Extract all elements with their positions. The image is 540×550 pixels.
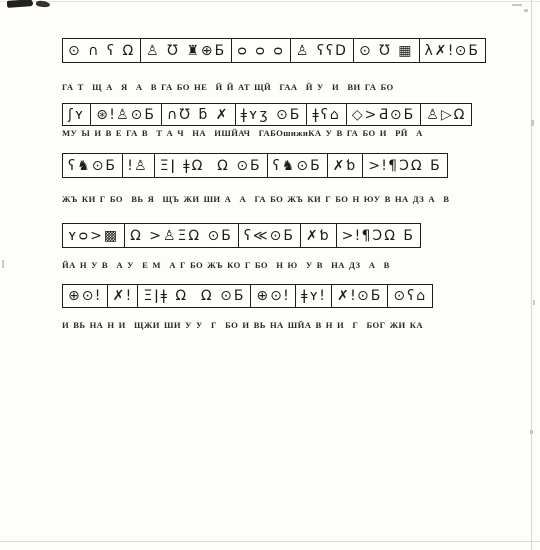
scan-speck	[524, 9, 528, 12]
glyph-cell: ⊙ ∩ ʕ Ω	[63, 39, 141, 62]
glyph-cell: ʏᴑ>▩	[63, 224, 125, 247]
scan-edge-bottom	[0, 541, 540, 542]
transliteration-line-3: ЖЪ КИ Г БО ВЬ Я ЩЪ ЖИ ШИ А А ГА БО ЖЪ КИ…	[62, 194, 492, 204]
glyph-cell: ʕ♞⊙Ƃ	[268, 154, 328, 177]
scan-speck	[533, 300, 535, 305]
glyph-cell: ♙▷Ω	[421, 104, 471, 125]
scan-speck	[531, 120, 534, 126]
glyph-cell: ✗ƅ	[328, 154, 364, 177]
glyph-row-2: ʃʏ ⊛ǃ♙⊙Ƃ ∩Ʊ ƃ ✗ ǂʏʒ ⊙Ƃ ǂʕ⌂ ◇>Ƌ⊙Ƃ ♙▷Ω	[62, 103, 472, 126]
scan-speck	[2, 260, 4, 268]
scan-speck	[530, 430, 533, 434]
glyph-cell: ◇>Ƌ⊙Ƃ	[347, 104, 421, 125]
glyph-cell: ♙ ʕʕD	[291, 39, 354, 62]
glyph-cell: ǂʏǃ	[296, 285, 332, 307]
glyph-cell: ᴑ ᴑ ᴑ	[232, 39, 291, 62]
glyph-cell: λ✗ǃ⊙Ƃ	[420, 39, 486, 62]
glyph-cell: ǂʕ⌂	[307, 104, 346, 125]
glyph-cell: >ǃ¶ƆΩ Ƃ	[337, 224, 420, 247]
glyph-row-5: ⊕⊙ǃ ✗ǃ Ξǀǂ Ω Ω ⊙Ƃ ⊕⊙ǃ ǂʏǃ ✗ǃ⊙Ƃ ⊙ʕ⌂	[62, 284, 433, 308]
scan-smudge	[7, 0, 33, 8]
glyph-cell: ⊙ Ʊ ▦	[354, 39, 420, 62]
transliteration-line-2: МУ Ы И В Е ГА В Т А Ч НА ИШЙАЧ ГАБОшижиК…	[62, 128, 492, 138]
glyph-cell: ✗ǃ	[108, 285, 139, 307]
glyph-cell: ♙ Ʊ ♜⊕Ƃ	[141, 39, 232, 62]
glyph-cell: ʕ♞⊙Ƃ	[63, 154, 123, 177]
scan-speck	[512, 4, 522, 6]
glyph-cell: Ξǀ ǂΩ Ω ⊙Ƃ	[155, 154, 268, 177]
glyph-cell: ⊕⊙ǃ	[63, 285, 108, 307]
glyph-cell: ʃʏ	[63, 104, 91, 125]
glyph-cell: >ǃ¶ƆΩ Ƃ	[363, 154, 446, 177]
transliteration-line-1: ГА Т Щ А Я А В ГА БО НЕ Й Й АТ ЩЙ ГАА Й …	[62, 82, 492, 92]
glyph-cell: Ξǀǂ Ω Ω ⊙Ƃ	[138, 285, 251, 307]
glyph-cell: ⊛ǃ♙⊙Ƃ	[91, 104, 162, 125]
glyph-cell: ∩Ʊ ƃ ✗	[162, 104, 235, 125]
glyph-cell: ǃ♙	[123, 154, 155, 177]
glyph-cell: ǂʏʒ ⊙Ƃ	[236, 104, 308, 125]
glyph-cell: ʕ≪⊙Ƃ	[239, 224, 301, 247]
glyph-row-1: ⊙ ∩ ʕ Ω ♙ Ʊ ♜⊕Ƃ ᴑ ᴑ ᴑ ♙ ʕʕD ⊙ Ʊ ▦ λ✗ǃ⊙Ƃ	[62, 38, 486, 63]
glyph-cell: ✗ƅ	[301, 224, 337, 247]
transliteration-line-4: ЙА Н У В А У Е М А Г БО ЖЪ КО Г БО Н Ю У…	[62, 260, 492, 270]
glyph-cell: Ω >♙ΞΩ ⊙Ƃ	[125, 224, 239, 247]
glyph-row-4: ʏᴑ>▩ Ω >♙ΞΩ ⊙Ƃ ʕ≪⊙Ƃ ✗ƅ >ǃ¶ƆΩ Ƃ	[62, 223, 421, 248]
glyph-cell: ✗ǃ⊙Ƃ	[332, 285, 388, 307]
glyph-cell: ⊙ʕ⌂	[388, 285, 432, 307]
glyph-row-3: ʕ♞⊙Ƃ ǃ♙ Ξǀ ǂΩ Ω ⊙Ƃ ʕ♞⊙Ƃ ✗ƅ >ǃ¶ƆΩ Ƃ	[62, 153, 448, 178]
scan-edge-right	[531, 0, 532, 550]
glyph-cell: ⊕⊙ǃ	[251, 285, 296, 307]
transliteration-line-5: И ВЬ НА Н И ЩЖИ ШИ У У Г БО И ВЬ НА ШЙА …	[62, 320, 492, 330]
scan-edge-top	[0, 1, 540, 2]
